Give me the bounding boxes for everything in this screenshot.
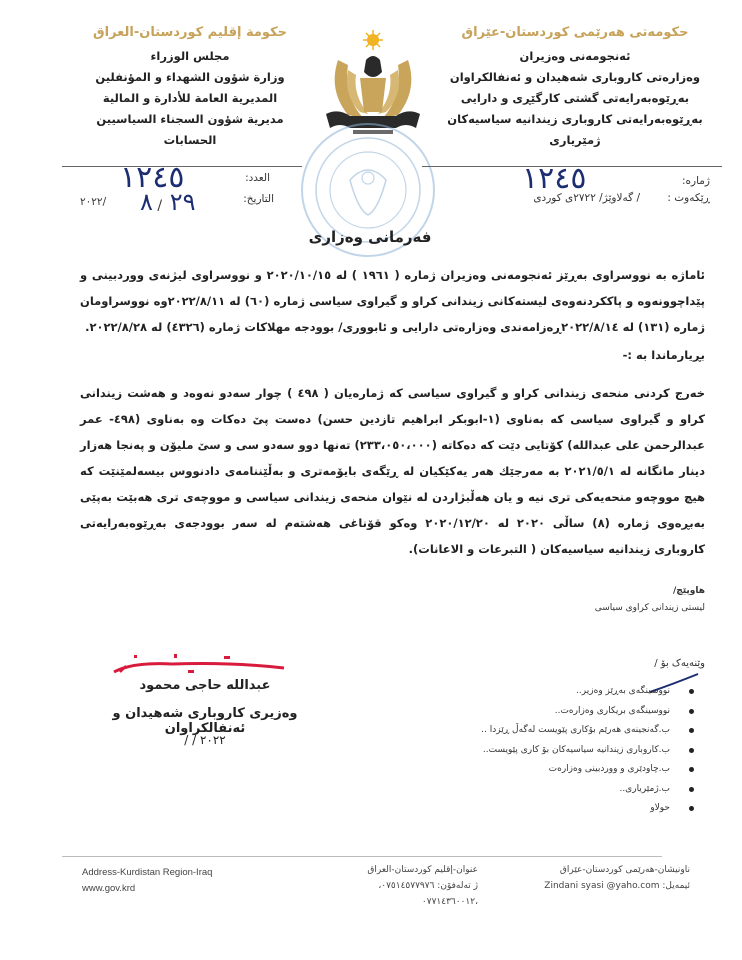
footer-arabic: عنوان-إقليم كوردستان-العراق ژ تەلەفۆن: ٠… <box>318 862 478 910</box>
bullet-icon <box>689 767 694 772</box>
bullet-icon <box>689 787 694 792</box>
signatory-title: وەزیری کاروباری شەهیدان و ئەنفالکراوان <box>100 706 310 736</box>
footer-phone-2: ،٠٧٧١٤٣٦٠٠١٢ <box>318 894 478 910</box>
bullet-icon <box>689 709 694 714</box>
header-line: مجلس الوزراء <box>70 46 310 67</box>
header-line: الحسابات <box>70 130 310 151</box>
footer-address-ku: ناونیشان-هەرێمی کوردستان-عێراق <box>530 862 690 878</box>
body-paragraph-1: ئاماژە بە نووسراوی بەڕێز ئەنجومەنی وەزیر… <box>80 262 705 340</box>
header-line: وزارة شؤون الشهداء و المؤنفلين <box>70 67 310 88</box>
handwritten-number-kurdish: ١٢٤٥ <box>522 164 586 194</box>
date-year-arabic: ٢٠٢٢/ <box>80 196 130 208</box>
footer-address-en: Address-Kurdistan Region-Iraq <box>82 865 212 881</box>
cc-item: حولاو <box>400 799 700 819</box>
handwritten-date-arabic: ٢٩ / ٨ <box>140 190 195 214</box>
footer-english: Address-Kurdistan Region-Iraq www.gov.kr… <box>82 865 212 897</box>
header-line: وەزارەتی کاروباری شەهیدان و ئەنفالکراوان <box>430 67 720 88</box>
header-line: مديرية شؤون السجناء السياسيين <box>70 109 310 130</box>
date-label-kurdish: ڕێکەوت : <box>640 192 710 204</box>
date-month: ٨ <box>140 188 153 216</box>
signature-scribble-icon <box>112 652 287 676</box>
cc-item: نووسینگەی بەڕێز وەزیر.. <box>400 682 700 702</box>
attachment-label: هاوپێچ/ <box>540 586 705 596</box>
cc-item: ب.کاروباری زیندانیە سیاسیەکان بۆ کاری پێ… <box>400 741 700 761</box>
footer-website[interactable]: www.gov.krd <box>82 881 212 897</box>
header-arabic: حكومة إقليم كوردستان-العراق مجلس الوزراء… <box>70 22 310 151</box>
header-line: بەڕێوەبەرایەتی گشتی کارگێڕی و دارایی <box>430 88 720 109</box>
document-page: حکومەتی هەرێمی کوردستان-عێراق ئەنجومەنی … <box>0 0 742 960</box>
footer-phone-1: ژ تەلەفۆن: ٠٧٥١٤٥٧٧٩٧٦، <box>318 878 478 894</box>
number-label-kurdish: ژمارە: <box>640 175 710 187</box>
signature-date: ٢٠٢٢ / / <box>100 733 310 747</box>
cc-item: ب.گەنجینەی هەرێم بۆکاری پێویست لەگەڵ ڕێز… <box>400 721 700 741</box>
header-kurdish: حکومەتی هەرێمی کوردستان-عێراق ئەنجومەنی … <box>430 22 720 151</box>
footer-email[interactable]: ئیمەیل: Zindani syasi @yaho.com <box>530 878 690 894</box>
header-line: المديرية العامة للأدارة و المالية <box>70 88 310 109</box>
cc-item: ب.چاودێری و ووردبینی وەزارەت <box>400 760 700 780</box>
footer-kurdish: ناونیشان-هەرێمی کوردستان-عێراق ئیمەیل: Z… <box>530 862 690 894</box>
bullet-icon <box>689 689 694 694</box>
body-paragraph-2: خەرج کردنی منحەی زیندانی کراو و گیراوی س… <box>80 380 705 562</box>
government-name-kurdish: حکومەتی هەرێمی کوردستان-عێراق <box>430 22 720 43</box>
header-line: بەڕێوەبەرایەتی کاروباری زیندانیە سیاسیەک… <box>430 109 720 130</box>
date-value-kurdish: / گەلاوێژ/ ٢٧٢٢ی کوردی <box>470 192 640 204</box>
cc-list: نووسینگەی بەڕێز وەزیر.. نووسینگەی بریکار… <box>400 682 700 819</box>
date-label-arabic: التاريخ: <box>228 193 274 205</box>
footer-divider <box>62 856 662 857</box>
cc-title: وێنەیەک بۆ / <box>590 658 705 669</box>
bullet-icon <box>689 806 694 811</box>
header-line: ژمێریاری <box>430 130 720 151</box>
header-line: ئەنجومەنی وەزیران <box>430 46 720 67</box>
bullet-icon <box>689 748 694 753</box>
number-label-arabic: العدد: <box>230 172 270 184</box>
signatory-name: عبداللە حاجی محمود <box>100 678 310 693</box>
footer-address-ar: عنوان-إقليم كوردستان-العراق <box>318 862 478 878</box>
decision-heading: بڕیارماندا بە :- <box>500 348 705 362</box>
attachment-item: لیستی زیندانی کراوی سیاسی <box>540 603 705 613</box>
cc-item: ب.ژمێریاری.. <box>400 780 700 800</box>
cc-item: نووسینگەی بریکاری وەزارەت.. <box>400 702 700 722</box>
document-title: فەرمانی وەزاری <box>220 228 520 246</box>
bullet-icon <box>689 728 694 733</box>
date-day: ٢٩ <box>170 188 196 216</box>
government-name-arabic: حكومة إقليم كوردستان-العراق <box>70 22 310 43</box>
